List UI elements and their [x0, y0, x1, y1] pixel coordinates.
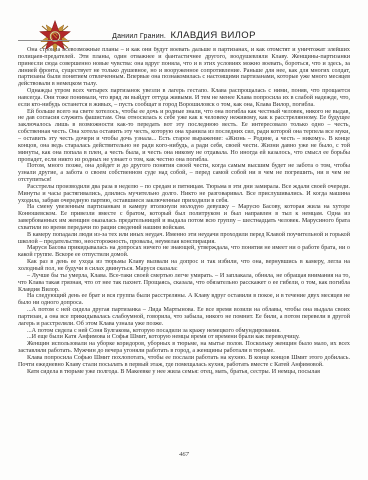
paragraph: Ей больше всего на свете хотелось, чтобы…	[18, 109, 350, 164]
page-number: 467	[0, 451, 368, 458]
paragraph: Потом, много позже, она дойдет и до друг…	[18, 163, 350, 184]
header-divider	[18, 40, 350, 41]
book-page: Даниил Гранин. КЛАВДИЯ ВИЛОР Она строила…	[0, 0, 368, 480]
paragraph: Клава попросила Софью Шмит похлопотать, …	[18, 355, 350, 369]
paragraph: Женщин использовали на уборке коридоров,…	[18, 341, 350, 355]
paragraph: ...А потом с ней сидела другая партизанк…	[18, 307, 350, 328]
paragraph: В камеру попадали люди из-за тех или ины…	[18, 232, 350, 246]
paragraph: На следующий день ее брат и вся группа б…	[18, 293, 350, 307]
author-name: Даниил Гранин.	[112, 33, 166, 40]
body-text: Она строила всевозможные планы – и как о…	[18, 47, 350, 376]
paragraph: Маруся Басова прикидывалась на допросах …	[18, 245, 350, 259]
page-header: Даниил Гранин. КЛАВДИЯ ВИЛОР	[18, 10, 350, 44]
paragraph: На смену увезенным партизанкам в камеру …	[18, 204, 350, 231]
paragraph: Как раз в день ее ухода из тюрьмы Клаву …	[18, 259, 350, 273]
paragraph: Расстрелы производили два раза в неделю …	[18, 184, 350, 205]
paragraph: Катя сидела в тюрьме уже полгода. В Маке…	[18, 369, 350, 376]
paragraph: Однажды утром всех четырех партизанок ув…	[18, 88, 350, 109]
paragraph: – Лучше бы ты умерла, Клава. Все-таки св…	[18, 273, 350, 294]
